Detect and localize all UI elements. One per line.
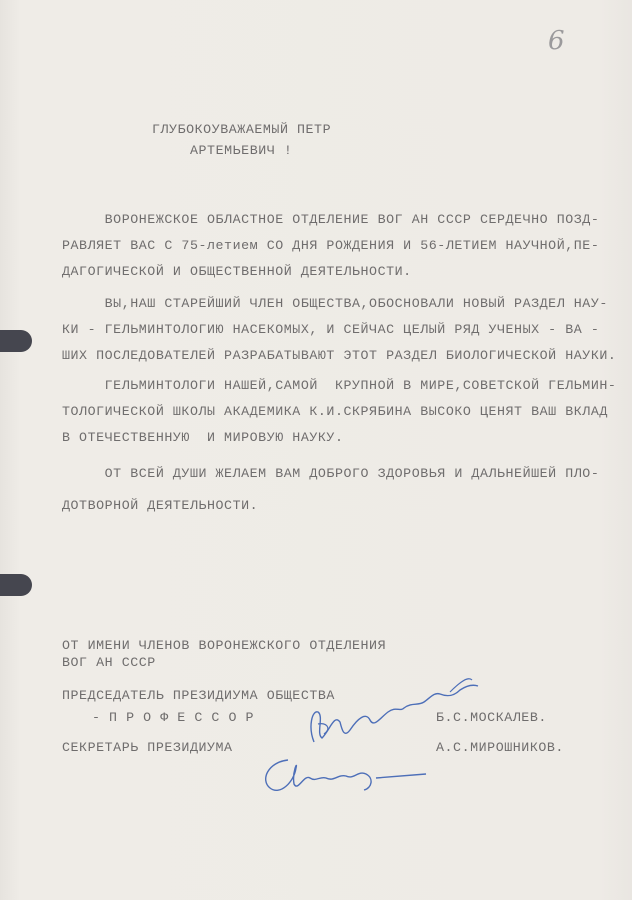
body-line: ДОТВОРНОЙ ДЕЯТЕЛЬНОСТИ. [62,498,258,514]
chair-rank: - П Р О Ф Е С С О Р [92,710,254,726]
binder-hole-top [0,330,32,352]
chair-title: ПРЕДСЕДАТЕЛЬ ПРЕЗИДИУМА ОБЩЕСТВА [62,688,335,704]
body-line: РАВЛЯЕТ ВАС С 75-летием СО ДНЯ РОЖДЕНИЯ … [62,238,599,254]
salutation-line-1: ГЛУБОКОУВАЖАЕМЫЙ ПЕТР [152,122,331,138]
body-line: КИ - ГЕЛЬМИНТОЛОГИЮ НАСЕКОМЫХ, И СЕЙЧАС … [62,322,599,338]
body-line: ШИХ ПОСЛЕДОВАТЕЛЕЙ РАЗРАБАТЫВАЮТ ЭТОТ РА… [62,348,616,364]
binder-hole-bottom [0,574,32,596]
secretary-signature [258,752,438,800]
body-line: ВОРОНЕЖСКОЕ ОБЛАСТНОЕ ОТДЕЛЕНИЕ ВОГ АН С… [62,212,599,228]
secretary-title: СЕКРЕТАРЬ ПРЕЗИДИУМА [62,740,233,756]
document-page: 6 ГЛУБОКОУВАЖАЕМЫЙ ПЕТР АРТЕМЬЕВИЧ ! ВОР… [0,0,632,900]
body-line: ОТ ВСЕЙ ДУШИ ЖЕЛАЕМ ВАМ ДОБРОГО ЗДОРОВЬЯ… [62,466,599,482]
body-line: ДАГОГИЧЕСКОЙ И ОБЩЕСТВЕННОЙ ДЕЯТЕЛЬНОСТИ… [62,264,412,280]
chair-signature [300,672,490,752]
closing-line-1: ОТ ИМЕНИ ЧЛЕНОВ ВОРОНЕЖСКОГО ОТДЕЛЕНИЯ [62,638,386,654]
closing-line-2: ВОГ АН СССР [62,655,156,671]
page-number: 6 [548,26,565,56]
salutation-line-2: АРТЕМЬЕВИЧ ! [190,143,292,159]
body-line: ТОЛОГИЧЕСКОЙ ШКОЛЫ АКАДЕМИКА К.И.СКРЯБИН… [62,404,608,420]
body-line: ГЕЛЬМИНТОЛОГИ НАШЕЙ,САМОЙ КРУПНОЙ В МИРЕ… [62,378,616,394]
body-line: ВЫ,НАШ СТАРЕЙШИЙ ЧЛЕН ОБЩЕСТВА,ОБОСНОВАЛ… [62,296,608,312]
body-line: В ОТЕЧЕСТВЕННУЮ И МИРОВУЮ НАУКУ. [62,430,343,446]
